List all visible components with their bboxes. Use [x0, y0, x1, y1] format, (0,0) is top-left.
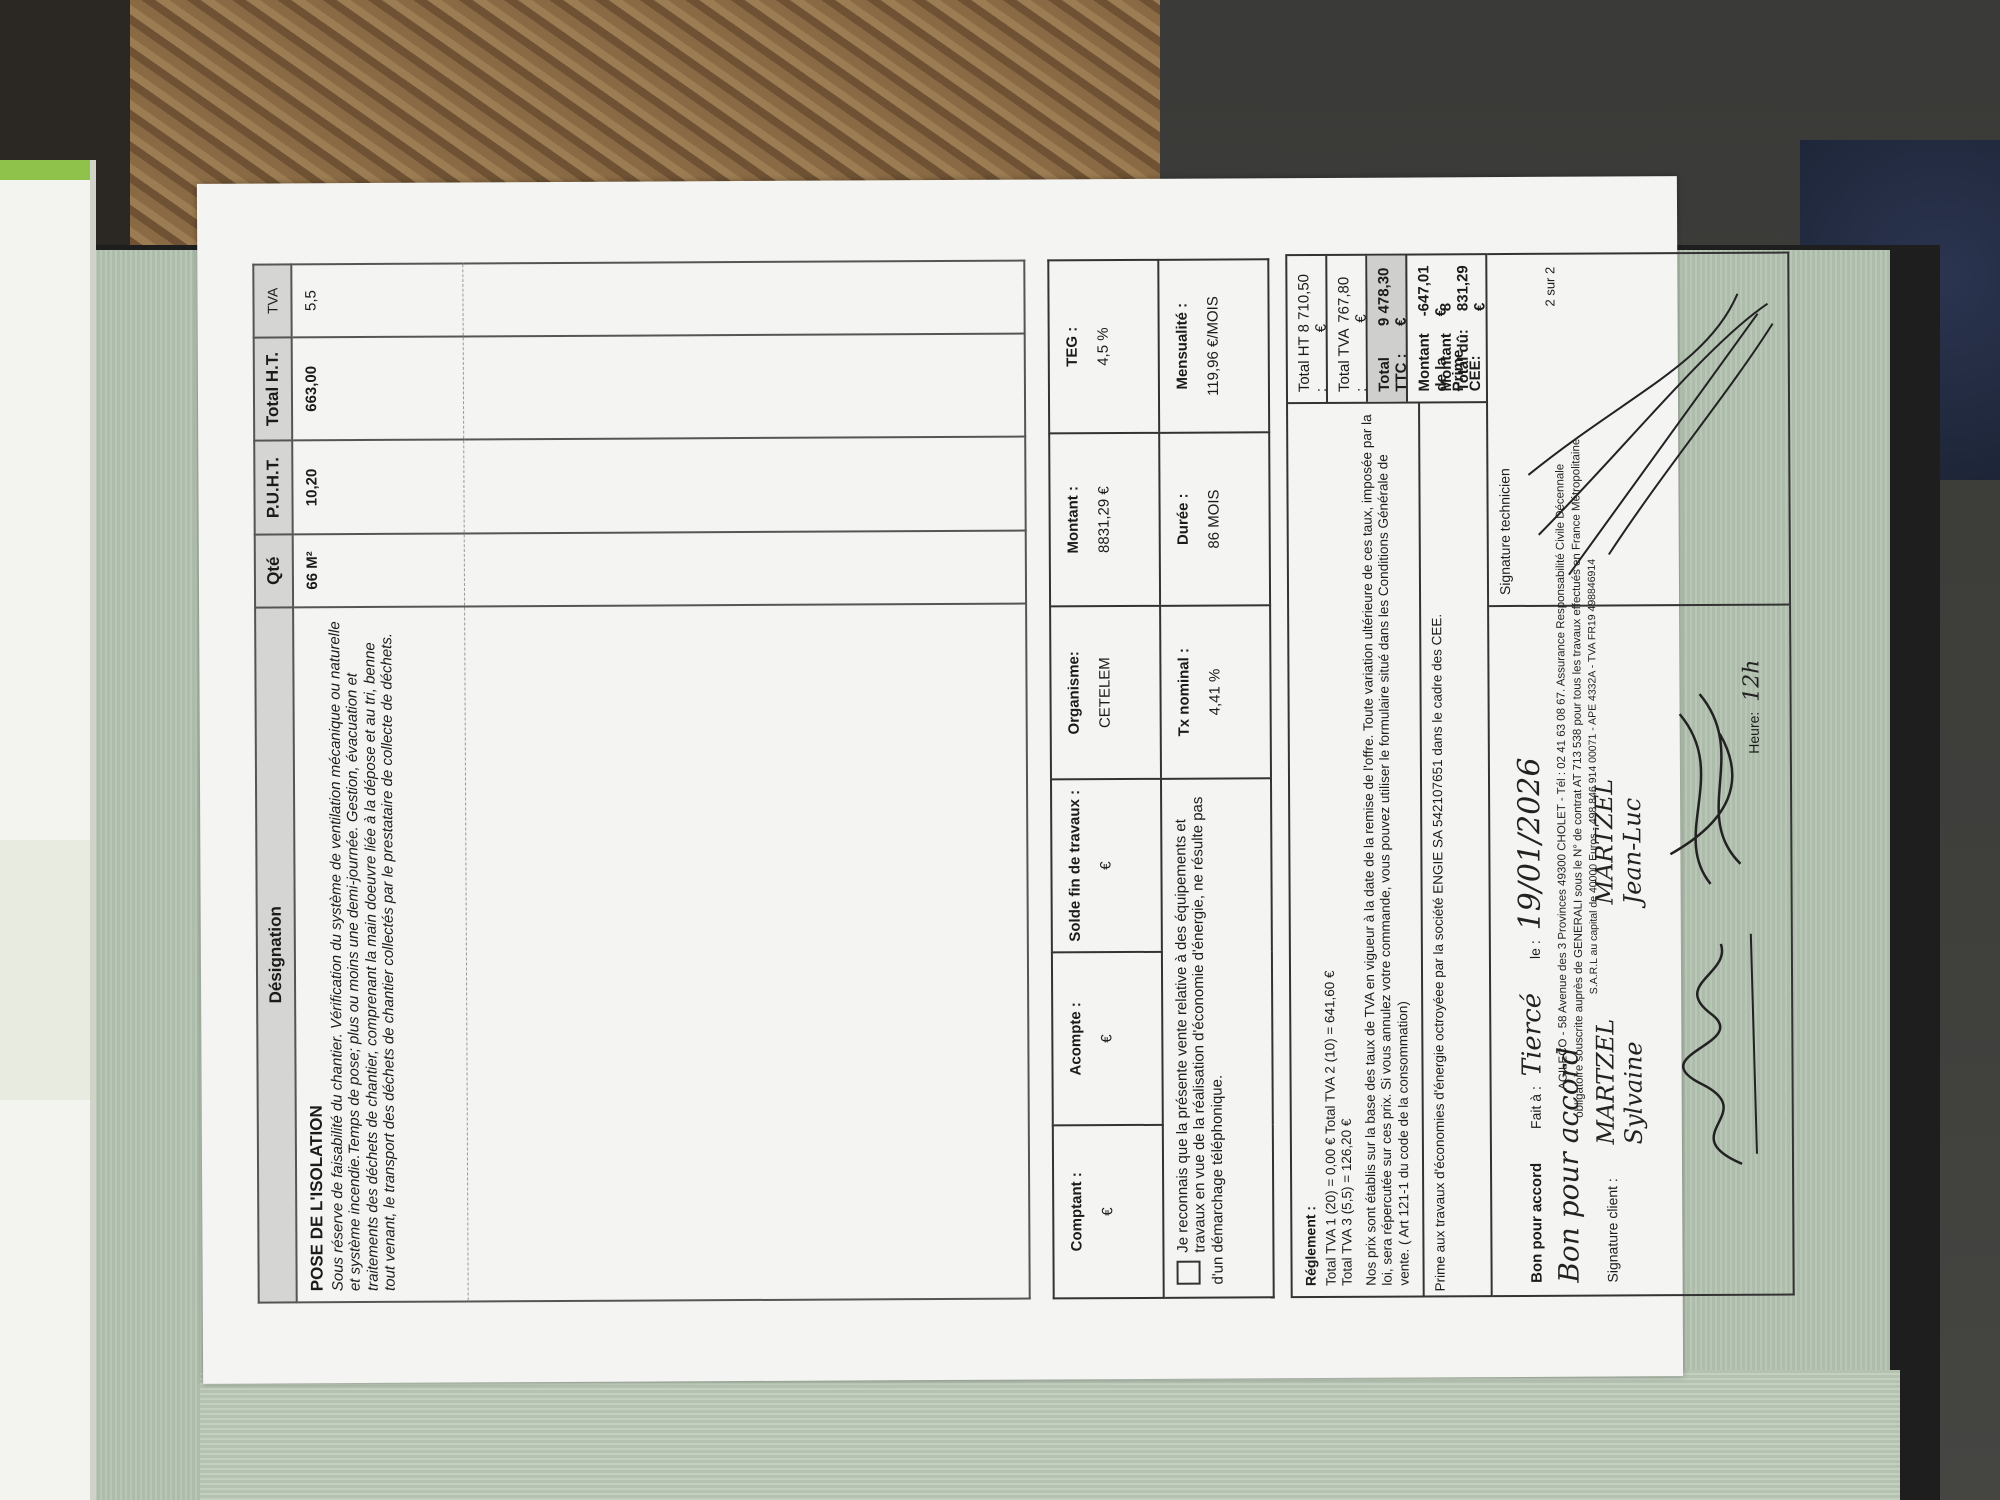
date-label: le :	[1527, 940, 1543, 959]
payment-grid: Comptant :€ Acompte :€ Solde fin de trav…	[1047, 258, 1274, 1299]
item-description: Sous réserve de faisabilité du chantier.…	[326, 621, 398, 1291]
table-row-empty	[463, 261, 1030, 1302]
technician-signature-block: Signature technicien	[1487, 254, 1789, 606]
acknowledgement-text: Je reconnais que la présente vente relat…	[1172, 797, 1226, 1285]
company-footer: AGILECO - 58 Avenue des 3 Provinces 4930…	[1552, 257, 1603, 1297]
totals-block: Total HT :8 710,50 € Total TVA :767,80 €…	[1287, 255, 1485, 402]
duree-label: Durée :	[1174, 440, 1192, 599]
paper-sheet: Désignation Qté P.U.H.T. Total H.T. TVA …	[197, 176, 1683, 1384]
total-ht-value: 8 710,50 €	[1295, 266, 1317, 332]
client-signature-label: Signature client :	[1604, 1178, 1621, 1282]
item-designation: POSE DE L'ISOLATION Sous réserve de fais…	[293, 606, 468, 1302]
header-designation: Désignation	[255, 607, 297, 1303]
heure-value: 12h	[1739, 660, 1764, 702]
organisme-cell: Organisme:CETELEM	[1050, 606, 1161, 780]
total-ht-label: Total HT :	[1296, 332, 1318, 392]
empty-cell	[464, 437, 1026, 533]
total-ttc-row: Total TTC :9 478,30 €	[1367, 256, 1408, 402]
header-tva: TVA	[253, 264, 291, 337]
total-due-value: 8 831,29 €	[1437, 265, 1455, 311]
acknowledgement-checkbox[interactable]	[1177, 1261, 1201, 1285]
tva-breakdown-line-2: Total TVA 3 (5,5) = 126,20 €	[1335, 414, 1356, 1286]
client-signature-scribble-1	[1660, 874, 1772, 1175]
empty-cell	[465, 603, 1030, 1301]
date-value: 19/01/2026	[1512, 757, 1548, 930]
brochure-cover	[0, 160, 96, 1500]
price-notice: Nos prix sont établis sur la base des ta…	[1359, 414, 1412, 1286]
total-ttc-value: 9 478,30 €	[1375, 266, 1397, 326]
total-tva-value: 767,80 €	[1335, 266, 1357, 323]
prime-cee-value: -647,01 €	[1415, 265, 1433, 316]
tx-nominal-label: Tx nominal :	[1175, 613, 1193, 772]
teg-cell: TEG :4,5 %	[1048, 260, 1159, 434]
empty-cell	[464, 530, 1026, 606]
comptant-cell: Comptant :€	[1053, 1125, 1164, 1299]
table-row: POSE DE L'ISOLATION Sous réserve de fais…	[291, 263, 468, 1302]
client-signature-block: Bon pour accord Fait à : Tiercé le : 19/…	[1489, 604, 1793, 1296]
item-total-ht: 663,00	[292, 336, 464, 441]
teg-label: TEG :	[1063, 267, 1081, 426]
mensualite-value: 119,96 €/MOIS	[1204, 296, 1222, 396]
technician-signature-scribble	[1507, 284, 1779, 595]
organisme-label: Organisme:	[1065, 613, 1083, 772]
mensualite-cell: Mensualité :119,96 €/MOIS	[1158, 259, 1269, 433]
acknowledgement-cell: Je reconnais que la présente vente relat…	[1161, 778, 1274, 1298]
prime-cee-text: Prime aux travaux d'économies d'énergie …	[1420, 403, 1491, 1295]
duree-cell: Durée :86 MOIS	[1159, 432, 1270, 606]
reglement-title: Réglement :	[1298, 414, 1319, 1286]
totals-section: Réglement : Total TVA 1 (20) = 0,00 € To…	[1285, 253, 1492, 1298]
comptant-label: Comptant :	[1068, 1132, 1086, 1291]
item-title: POSE DE L'ISOLATION	[304, 618, 328, 1292]
total-due-row: Montant Total dû:8 831,29 €	[1435, 255, 1464, 401]
heure-label: Heure:	[1745, 712, 1761, 754]
acompte-value: €	[1098, 1034, 1115, 1042]
prime-cee-label: Montant de la Prime CEE:	[1416, 316, 1434, 391]
items-table: Désignation Qté P.U.H.T. Total H.T. TVA …	[252, 260, 1030, 1304]
item-tva: 5,5	[291, 263, 463, 337]
reglement-text-block: Réglement : Total TVA 1 (20) = 0,00 € To…	[1288, 404, 1424, 1297]
total-tva-label: Total TVA :	[1336, 323, 1358, 392]
solde-label: Solde fin de travaux :	[1066, 786, 1084, 945]
solde-cell: Solde fin de travaux :€	[1051, 779, 1162, 953]
tx-nominal-cell: Tx nominal :4,41 %	[1160, 605, 1271, 779]
total-due-label: Montant Total dû:	[1438, 311, 1456, 391]
fait-a-label: Fait à :	[1527, 1086, 1543, 1129]
document-page: Désignation Qté P.U.H.T. Total H.T. TVA …	[197, 186, 1683, 1374]
bon-pour-accord-label: Bon pour accord	[1528, 1163, 1546, 1283]
header-total-ht: Total H.T.	[254, 337, 293, 441]
montant-value: 8831,29 €	[1095, 486, 1112, 553]
duree-value: 86 MOIS	[1205, 489, 1222, 548]
organisme-value: CETELEM	[1096, 657, 1113, 728]
solde-value: €	[1097, 861, 1114, 869]
header-qty: Qté	[255, 534, 293, 607]
mensualite-label: Mensualité :	[1173, 267, 1191, 426]
binder-cloth-edge	[200, 1370, 1900, 1500]
acompte-cell: Acompte :€	[1052, 952, 1163, 1126]
empty-cell	[463, 333, 1025, 440]
total-tva-row: Total TVA :767,80 €	[1327, 256, 1368, 402]
empty-cell	[463, 261, 1025, 337]
montant-cell: Montant :8831,29 €	[1049, 433, 1160, 607]
signature-section: Bon pour accord Fait à : Tiercé le : 19/…	[1487, 252, 1794, 1298]
brochure-card	[0, 840, 90, 1100]
tx-nominal-value: 4,41 %	[1206, 669, 1223, 716]
items-header-row: Désignation Qté P.U.H.T. Total H.T. TVA	[253, 264, 296, 1302]
page-number: 2 sur 2	[1542, 267, 1557, 307]
montant-label: Montant :	[1064, 440, 1082, 599]
fait-a-value: Tiercé	[1517, 993, 1547, 1077]
comptant-value: €	[1099, 1207, 1116, 1215]
acompte-label: Acompte :	[1067, 959, 1085, 1118]
item-qty: 66 M²	[293, 533, 465, 607]
teg-value: 4,5 %	[1095, 327, 1112, 365]
total-ttc-label: Total TTC :	[1376, 326, 1398, 392]
brochure-green-strip	[0, 160, 90, 180]
item-unit-price: 10,20	[292, 440, 464, 534]
header-unit-price: P.U.H.T.	[254, 441, 292, 535]
prime-cee-row: Montant de la Prime CEE:-647,01 €	[1407, 255, 1436, 401]
reglement-block: Réglement : Total TVA 1 (20) = 0,00 € To…	[1288, 401, 1490, 1296]
total-ht-row: Total HT :8 710,50 €	[1287, 256, 1328, 402]
